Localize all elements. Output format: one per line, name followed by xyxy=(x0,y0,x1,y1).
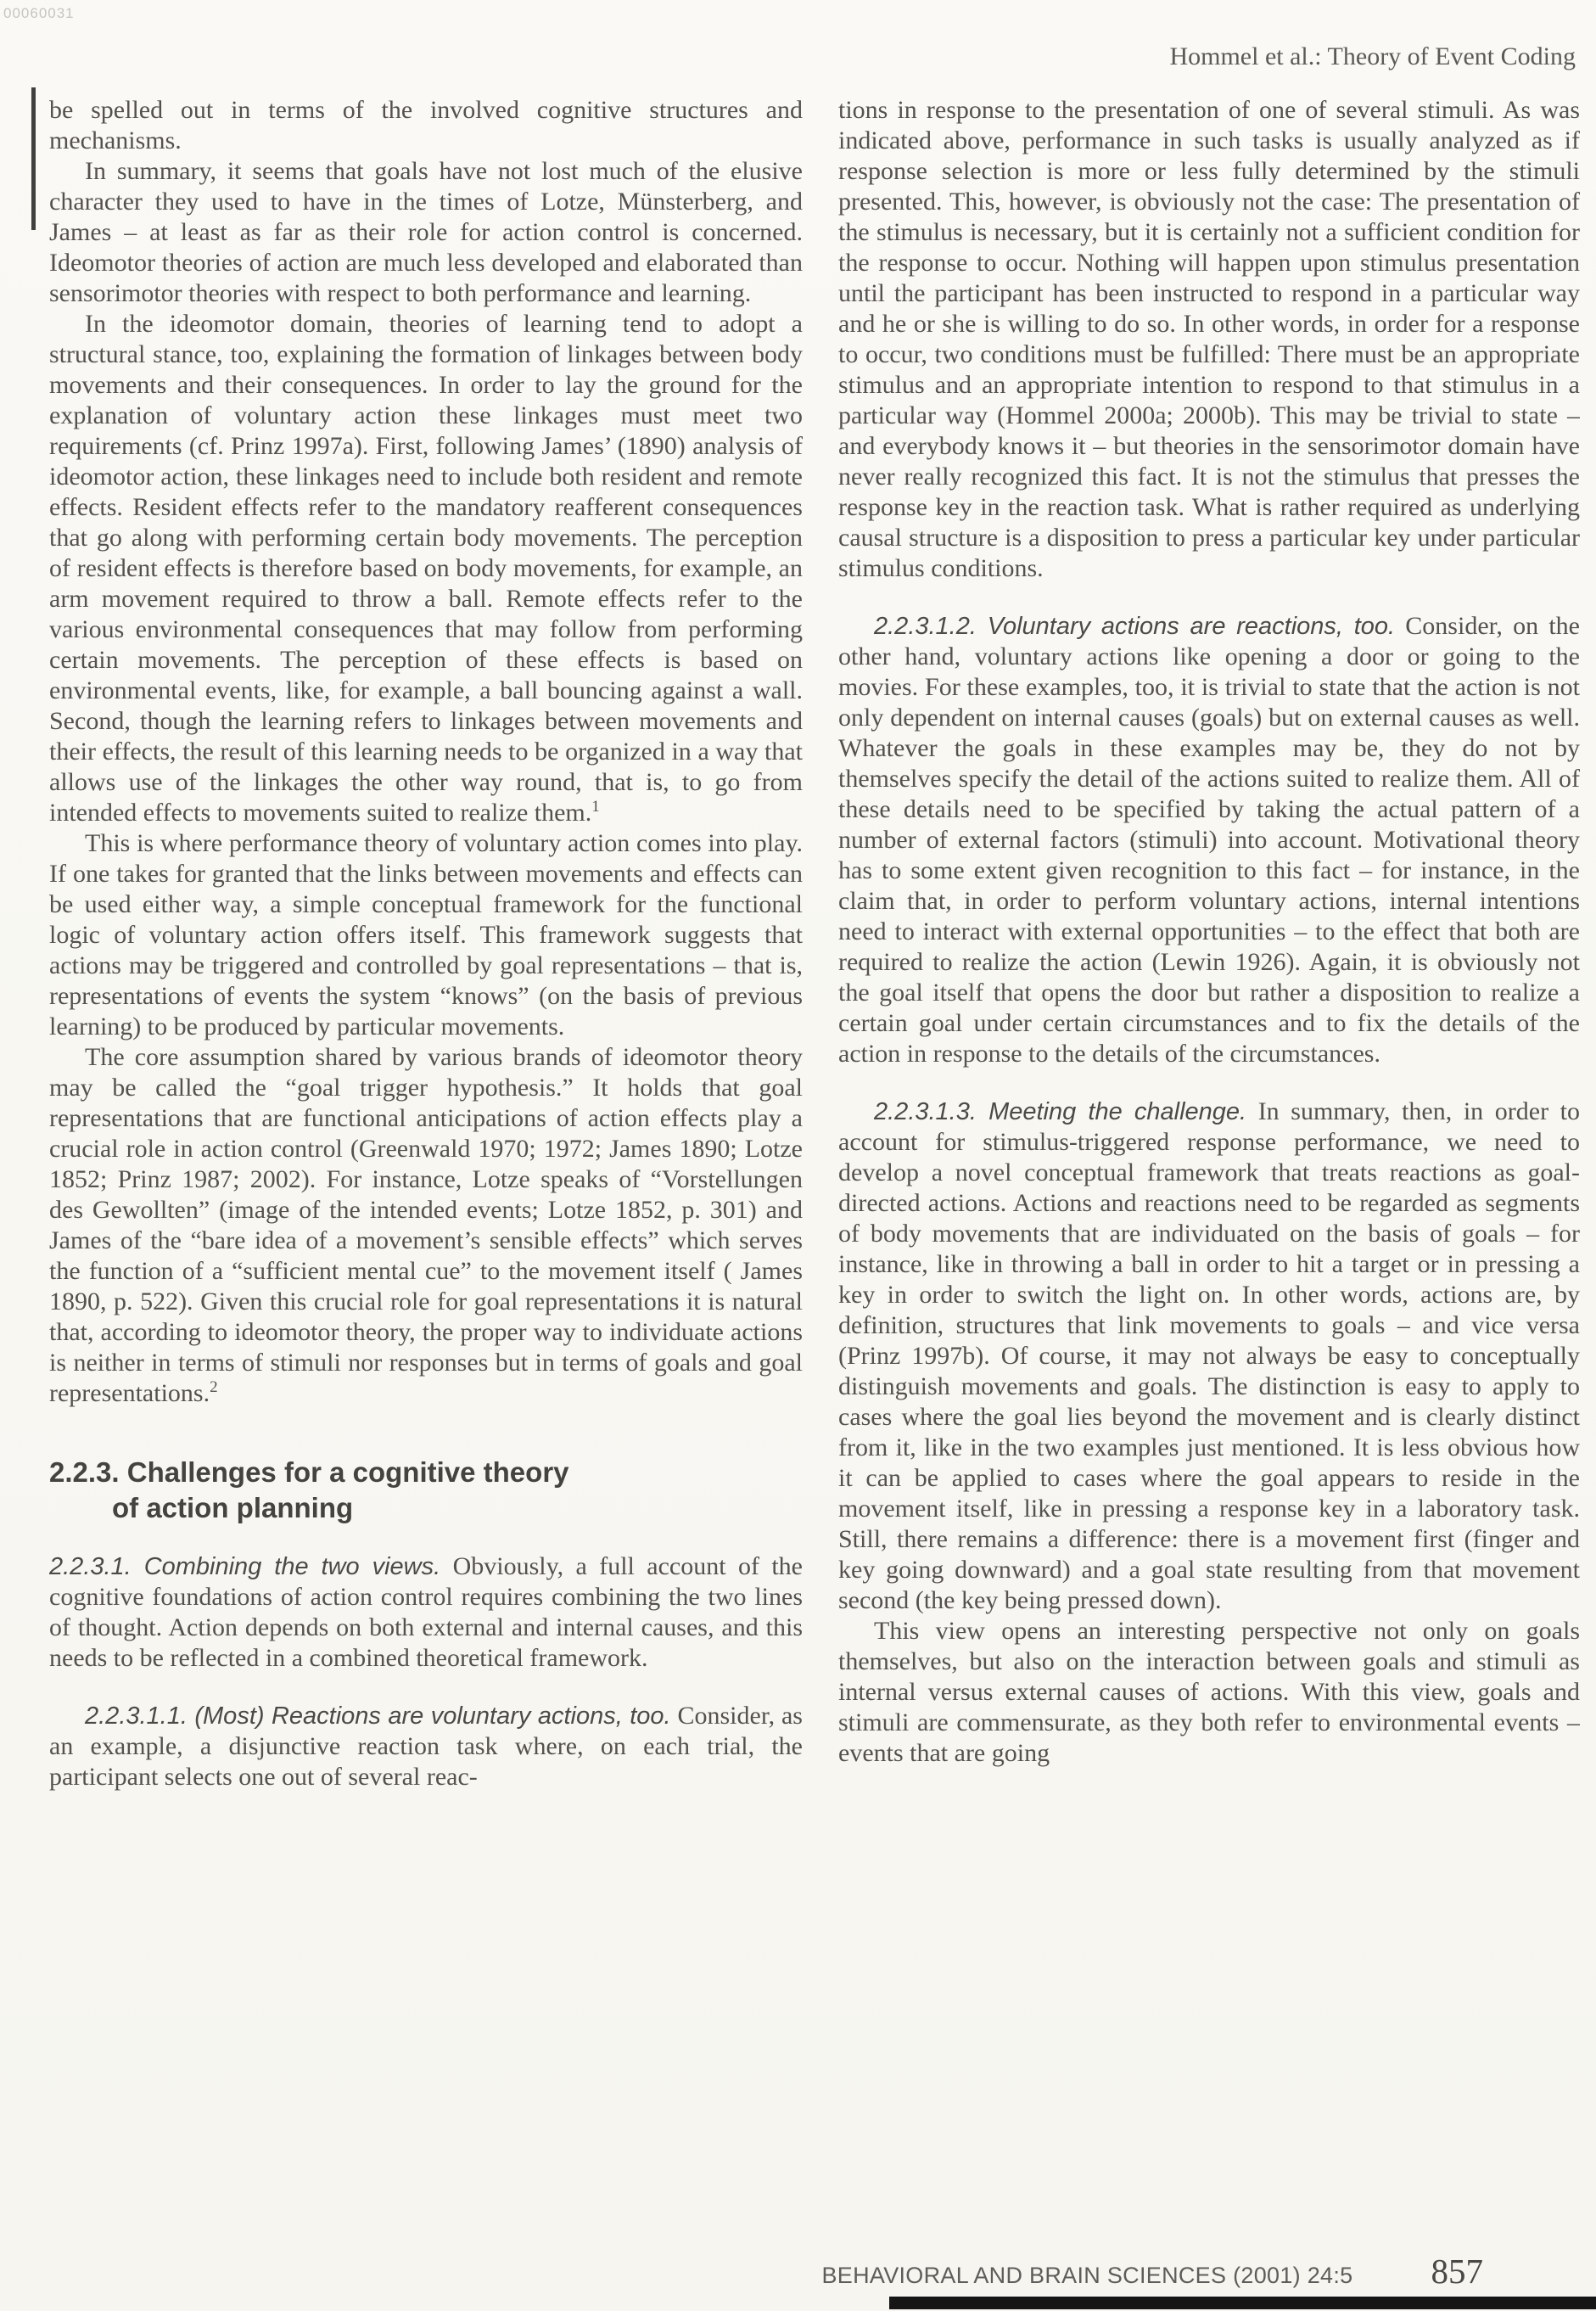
scan-edge-artifact xyxy=(31,87,36,230)
text-run: The core assumption shared by various br… xyxy=(49,1043,803,1407)
page-footer: BEHAVIORAL AND BRAIN SCIENCES (2001) 24:… xyxy=(0,2251,1596,2291)
subsection-run-in-heading: 2.2.3.1. Combining the two views. xyxy=(49,1553,440,1580)
paragraph: be spelled out in terms of the involved … xyxy=(49,95,803,156)
paragraph: 2.2.3.1.3. Meeting the challenge. In sum… xyxy=(838,1097,1580,1616)
scanned-journal-page: 00060031 Hommel et al.: Theory of Event … xyxy=(0,0,1596,2311)
subsection-run-in-heading: 2.2.3.1.3. Meeting the challenge. xyxy=(874,1098,1246,1125)
text-run: In the ideomotor domain, theories of lea… xyxy=(49,310,803,827)
right-column: tions in response to the presentation of… xyxy=(838,95,1580,2242)
paragraph: 2.2.3.1.2. Voluntary actions are reactio… xyxy=(838,611,1580,1069)
paragraph: The core assumption shared by various br… xyxy=(49,1042,803,1409)
text-run: Consider, on the other hand, voluntary a… xyxy=(838,612,1580,1068)
text-run: be spelled out in terms of the involved … xyxy=(49,96,803,154)
paragraph: 2.2.3.1. Combining the two views. Obviou… xyxy=(49,1551,803,1674)
text-run: tions in response to the presentation of… xyxy=(838,96,1580,582)
text-run: This view opens an interesting perspecti… xyxy=(838,1617,1580,1767)
page-number: 857 xyxy=(1431,2251,1484,2291)
running-head: Hommel et al.: Theory of Event Coding xyxy=(1169,42,1576,71)
paragraph: In summary, it seems that goals have not… xyxy=(49,156,803,309)
subsection-run-in-heading: 2.2.3.1.2. Voluntary actions are reactio… xyxy=(874,613,1395,640)
paragraph: This is where performance theory of volu… xyxy=(49,828,803,1042)
paragraph: In the ideomotor domain, theories of lea… xyxy=(49,309,803,828)
footnote-reference: 2 xyxy=(210,1378,218,1396)
text-run: This is where performance theory of volu… xyxy=(49,829,803,1041)
left-column: be spelled out in terms of the involved … xyxy=(49,95,803,2242)
text-run: In summary, then, in order to account fo… xyxy=(838,1097,1580,1614)
scan-document-number: 00060031 xyxy=(3,5,75,22)
paragraph: This view opens an interesting perspecti… xyxy=(838,1616,1580,1769)
subsection-run-in-heading: 2.2.3.1.1. (Most) Reactions are voluntar… xyxy=(85,1702,671,1730)
section-heading: 2.2.3. Challenges for a cognitive theory… xyxy=(49,1455,803,1526)
footnote-reference: 1 xyxy=(591,798,600,816)
two-column-text-area: be spelled out in terms of the involved … xyxy=(49,95,1580,2242)
journal-citation: BEHAVIORAL AND BRAIN SCIENCES (2001) 24:… xyxy=(821,2263,1352,2289)
scan-bottom-bar-artifact xyxy=(889,2297,1596,2309)
text-run: In summary, it seems that goals have not… xyxy=(49,157,803,307)
paragraph: tions in response to the presentation of… xyxy=(838,95,1580,584)
paragraph: 2.2.3.1.1. (Most) Reactions are voluntar… xyxy=(49,1701,803,1792)
